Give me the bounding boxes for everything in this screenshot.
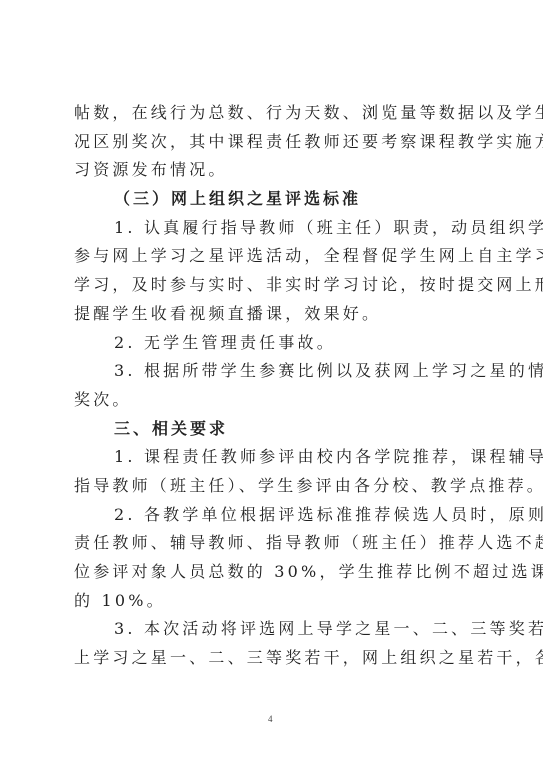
paragraph-line: 参与网上学习之星评选活动，全程督促学生网上自主学习、互动 xyxy=(74,242,476,271)
document-page: 帖数，在线行为总数、行为天数、浏览量等数据以及学生获奖情 况区别奖次，其中课程责… xyxy=(0,0,543,768)
paragraph-line: 况区别奖次，其中课程责任教师还要考察课程教学实施方案等学 xyxy=(74,128,476,157)
paragraph-line: 奖次。 xyxy=(74,386,476,415)
paragraph-line: 上学习之星一、二、三等奖若干，网上组织之星若干，各单位推 xyxy=(74,644,476,673)
paragraph-line: 学习，及时参与实时、非实时学习讨论，按时提交网上形考作业， xyxy=(74,271,476,300)
paragraph-line: 习资源发布情况。 xyxy=(74,156,476,185)
paragraph-line: 帖数，在线行为总数、行为天数、浏览量等数据以及学生获奖情 xyxy=(74,99,476,128)
paragraph-line: 位参评对象人员总数的 30%，学生推荐比例不超过选课学生总数 xyxy=(74,558,476,587)
list-item-3: 3. 根据所带学生参赛比例以及获网上学习之星的情况区别 xyxy=(74,357,476,386)
page-body: 帖数，在线行为总数、行为天数、浏览量等数据以及学生获奖情 况区别奖次，其中课程责… xyxy=(74,99,476,673)
section-heading-requirements: 三、相关要求 xyxy=(74,415,476,444)
list-item-2: 2. 无学生管理责任事故。 xyxy=(74,329,476,358)
paragraph-line: 的 10%。 xyxy=(74,587,476,616)
paragraph-line: 指导教师（班主任）、学生参评由各分校、教学点推荐。 xyxy=(74,472,476,501)
section-heading-online-organization-star: （三）网上组织之星评选标准 xyxy=(74,185,476,214)
list-item-1: 1. 认真履行指导教师（班主任）职责，动员组织学生积极 xyxy=(74,214,476,243)
paragraph-line: 责任教师、辅导教师、指导教师（班主任）推荐人选不超过本单 xyxy=(74,529,476,558)
list-item-3: 3. 本次活动将评选网上导学之星一、二、三等奖若干，网 xyxy=(74,615,476,644)
list-item-1: 1. 课程责任教师参评由校内各学院推荐，课程辅导教师、 xyxy=(74,443,476,472)
page-number: 4 xyxy=(268,714,273,724)
list-item-2: 2. 各教学单位根据评选标准推荐候选人员时，原则上课程 xyxy=(74,501,476,530)
paragraph-line: 提醒学生收看视频直播课，效果好。 xyxy=(74,300,476,329)
